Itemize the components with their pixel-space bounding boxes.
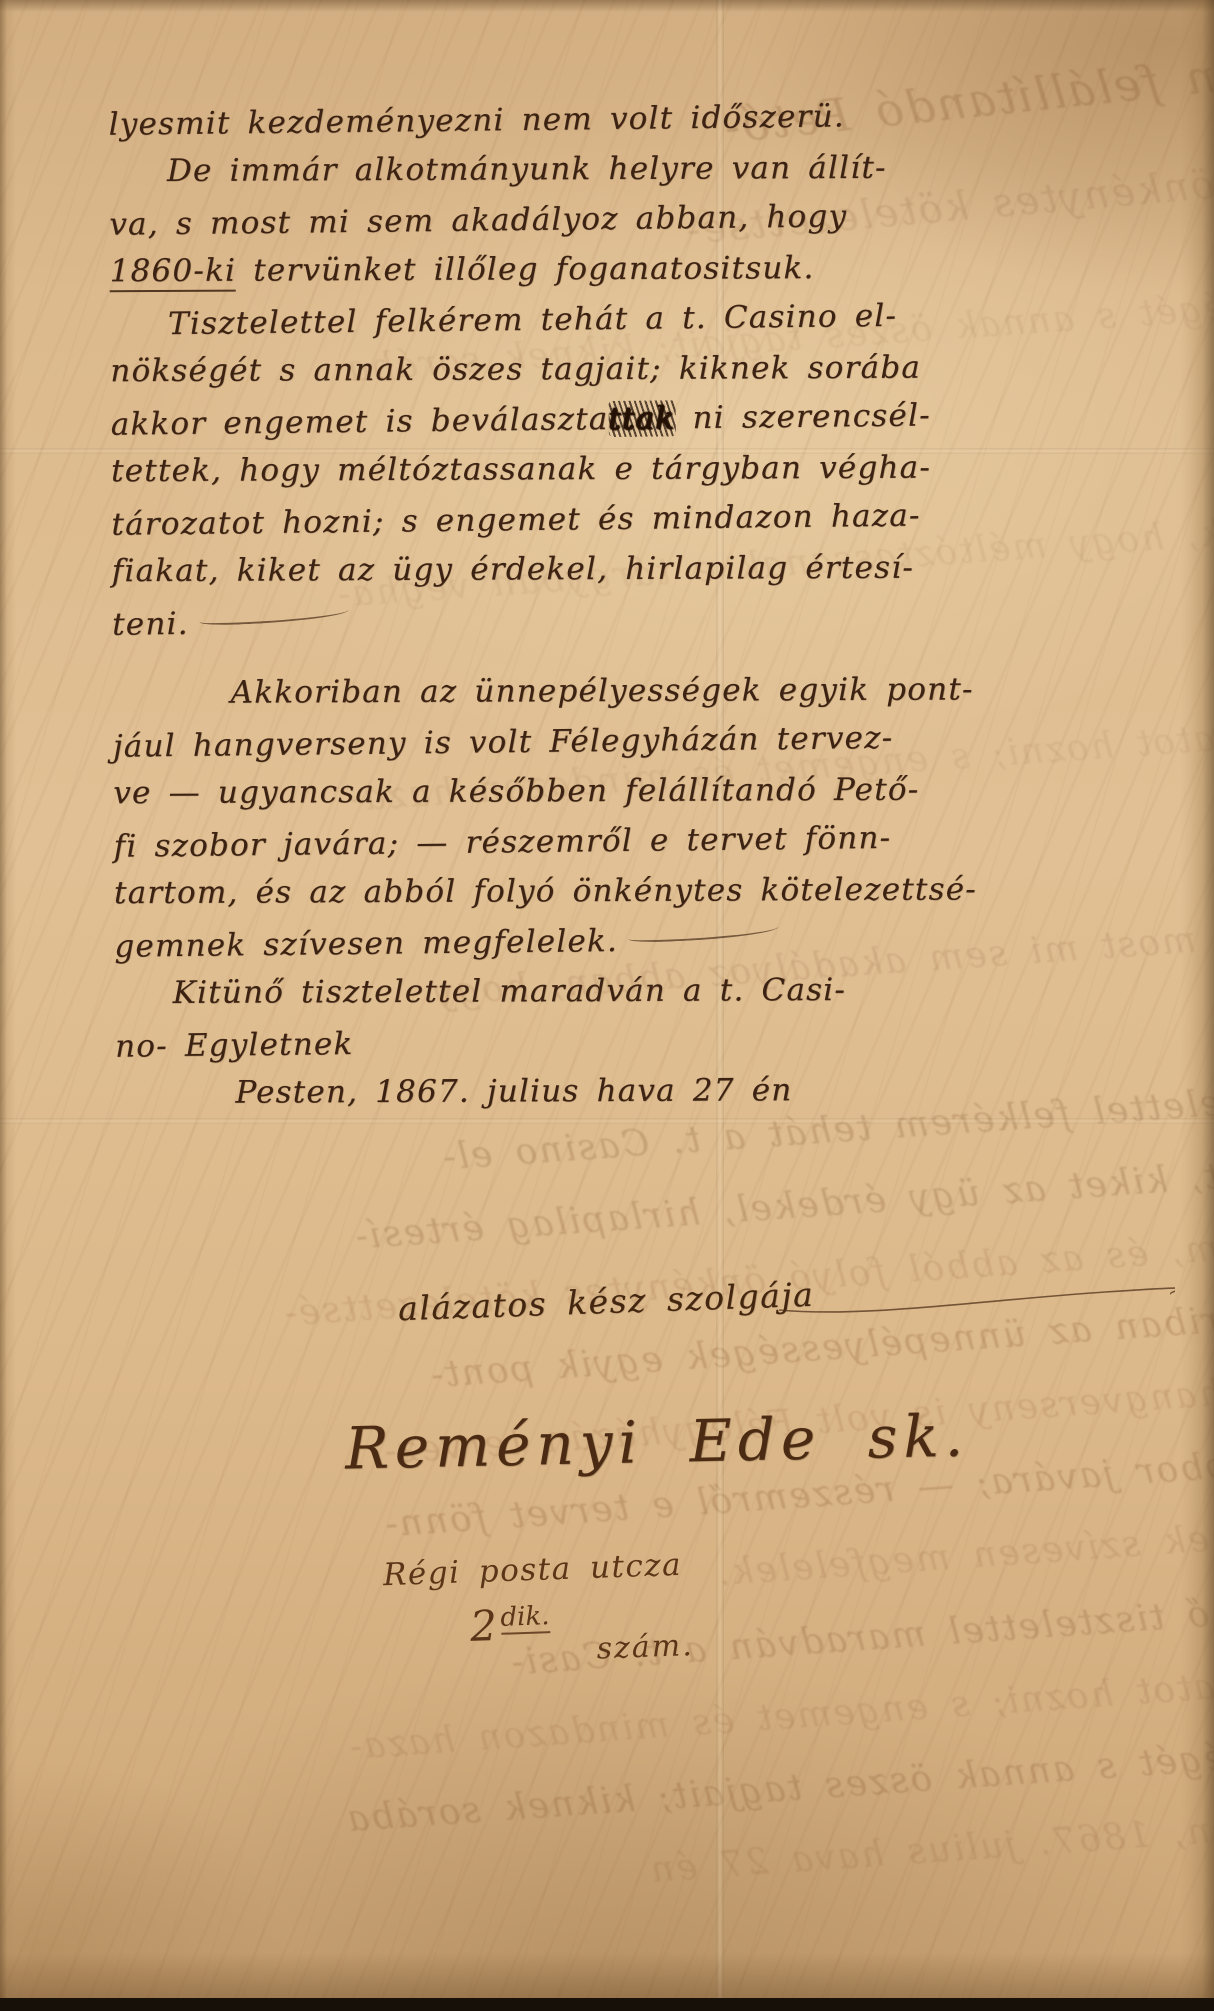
pen-flourish xyxy=(775,1280,1175,1320)
letter-line: ve — ugyancsak a későbben felállítandó P… xyxy=(113,764,1123,818)
letter-line: tartom, és az abból folyó önkénytes köte… xyxy=(114,864,1124,918)
page-edge-right xyxy=(1180,0,1214,2011)
letter-line: Kitünő tisztelettel maradván a t. Casi- xyxy=(115,964,1125,1018)
letter-line: va, s most mi sem akadályoz abban, hogy xyxy=(109,188,1120,249)
letter-line: nökségét s annak öszes tagjait; kiknek s… xyxy=(110,342,1120,396)
letter-line: Pesten, 1867. julius hava 27 én xyxy=(115,1064,1125,1118)
letter-line: tározatot hozni; s engemet és mindazon h… xyxy=(111,488,1122,549)
letter-line: De immár alkotmányunk helyre van állít- xyxy=(109,142,1119,196)
bleed-through-text: Pesten, 1867. julius hava 27 én xyxy=(0,1803,1214,1942)
letter-line: Akkoriban az ünnepélyességek egyik pont- xyxy=(112,664,1122,718)
letter-line: teni. xyxy=(112,588,1123,649)
letter-body: lyesmit kezdeményezni nem volt időszerü.… xyxy=(108,90,1125,1119)
letter-line: Tisztelettel felkérem tehát a t. Casino … xyxy=(110,288,1121,349)
struck-out-word: ttak xyxy=(608,400,675,437)
bleed-through-text: tározatot hozni; s engemet és mindazon h… xyxy=(0,1659,1214,1798)
bleed-through-text: nökségét s annak öszes tagjait; kiknek s… xyxy=(0,1731,1214,1870)
signature: Reményi Ede sk. xyxy=(344,1401,969,1482)
underlined-year: 1860-ki xyxy=(110,253,237,293)
address-number-line: 2dik.szám. xyxy=(469,1594,693,1651)
letter-line-pre: akkor engemet is beválaszta xyxy=(111,401,609,443)
letter-line: no- Egyletnek xyxy=(115,1010,1126,1071)
address-house-number: 2 xyxy=(469,1601,497,1651)
letter-line: akkor engemet is beválasztattak ni szere… xyxy=(110,388,1121,449)
letter-line: 1860-ki tervünket illőleg foganatositsuk… xyxy=(110,242,1120,296)
bleed-through-text: fiakat, kiket az ügy érdekel, hirlapilag… xyxy=(0,1149,1214,1288)
letter-line: gemnek szívesen megfelelek. xyxy=(114,910,1125,971)
letter-line: fiakat, kiket az ügy érdekel, hirlapilag… xyxy=(112,542,1122,596)
letter-line: lyesmit kezdeményezni nem volt időszerü. xyxy=(108,88,1119,149)
letter-line: fi szobor javára; — részemről e tervet f… xyxy=(113,810,1124,871)
letter-line: jául hangverseny is volt Félegyházán ter… xyxy=(113,710,1124,771)
letter-line-rest: tervünket illőleg foganatositsuk. xyxy=(236,250,815,289)
letter-line-post: ni szerencsél- xyxy=(675,397,931,436)
address-word-szam: szám. xyxy=(596,1628,694,1666)
address-street-line: Régi posta utcza xyxy=(382,1547,682,1593)
page-edge-left xyxy=(0,0,16,2011)
address-ordinal-suffix: dik. xyxy=(500,1601,550,1635)
letter-scan-page: ve — ugyancsak a későbben felállítandó P… xyxy=(0,0,1214,2011)
valediction: alázatos kész szolgája xyxy=(397,1275,814,1329)
page-edge-top xyxy=(0,0,1214,12)
bottom-scan-bar xyxy=(0,1998,1214,2011)
page-edge-bottom-shadow xyxy=(0,1952,1214,1998)
letter-line: tettek, hogy méltóztassanak e tárgyban v… xyxy=(111,442,1121,496)
